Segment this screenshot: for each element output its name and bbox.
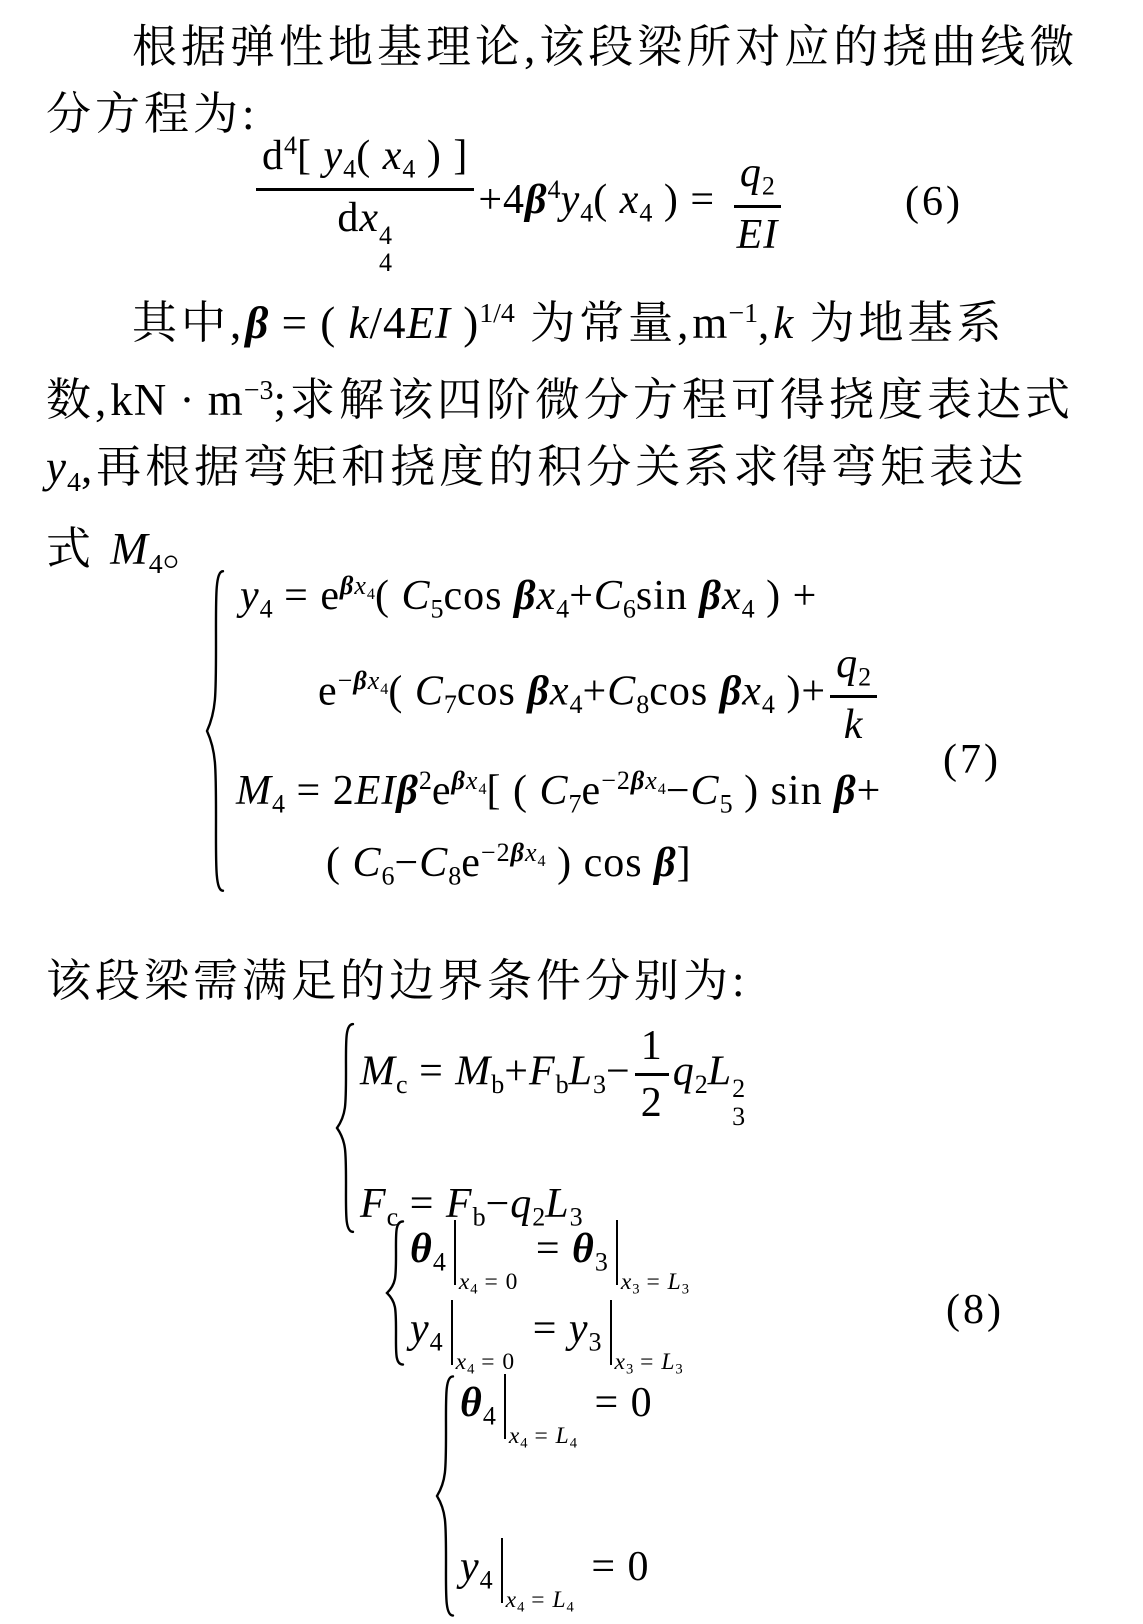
equation-7-line-4: ( C6−C8e−2βx4 ) cos β] (326, 835, 881, 894)
equation-8-group-3: θ4x4 = L4 = 0 y4x4 = L4 = 0 (432, 1374, 653, 1618)
paragraph-beta-line-1: 其中,β = ( k/4EI )1/4 为常量,m−1,k 为地基系 (46, 280, 1074, 357)
equation-6: d4[ y4( x4 ) ]dx44+4β4y4( x4 ) = q2EI (252, 140, 788, 268)
equation-8-theta-end-line: θ4x4 = L4 = 0 (460, 1374, 653, 1454)
equation-7: y4 = eβx4( C5cos βx4+C6sin βx4 ) + e−βx4… (202, 568, 881, 894)
equation-8-group-1: Mc = Mb+FbL3−12q2L23 Fc = Fb−q2L3 (332, 1022, 746, 1234)
equation-7-line-1: y4 = eβx4( C5cos βx4+C6sin βx4 ) + (240, 568, 881, 627)
equation-6-body: d4[ y4( x4 ) ]dx44+4β4y4( x4 ) = q2EI (252, 131, 788, 276)
paragraph-boundary-line-1: 该段梁需满足的边界条件分别为: (46, 948, 749, 1015)
equation-8-group-1-lines: Mc = Mb+FbL3−12q2L23 Fc = Fb−q2L3 (360, 1022, 746, 1234)
equation-7-line-2: e−βx4( C7cos βx4+C8cos βx4 )+q2k (318, 640, 881, 750)
left-brace-icon (382, 1220, 406, 1366)
equation-8-theta-continuity-line: θ4x4 = 0 = θ3x3 = L3 (410, 1220, 695, 1300)
paragraph-beta-line-3: y4,再根据弯矩和挠度的积分关系求得弯矩表达 (46, 434, 1074, 516)
paragraph-intro-line-1: 根据弹性地基理论,该段梁所对应的挠曲线微 (46, 14, 1078, 81)
paper-page: 根据弹性地基理论,该段梁所对应的挠曲线微 分方程为: d4[ y4( x4 ) … (0, 0, 1143, 1624)
equation-8-group-2-lines: θ4x4 = 0 = θ3x3 = L3 y4x4 = 0 = y3x3 = L… (410, 1220, 695, 1366)
paragraph-boundary-conditions: 该段梁需满足的边界条件分别为: (46, 948, 749, 1015)
paragraph-beta-line-2: 数,kN · m−3;求解该四阶微分方程可得挠度表达式 (46, 357, 1074, 434)
equation-8-label: (8) (946, 1286, 1004, 1334)
equation-6-label: (6) (905, 178, 963, 226)
paragraph-beta-definition: 其中,β = ( k/4EI )1/4 为常量,m−1,k 为地基系 数,kN … (46, 280, 1074, 598)
equation-8-moment-line: Mc = Mb+FbL3−12q2L23 (360, 1022, 746, 1130)
equation-8-deflection-end-line: y4x4 = L4 = 0 (460, 1538, 653, 1618)
paragraph-intro: 根据弹性地基理论,该段梁所对应的挠曲线微 分方程为: (46, 14, 1078, 148)
left-brace-icon (432, 1374, 456, 1618)
equation-7-lines: y4 = eβx4( C5cos βx4+C6sin βx4 ) + e−βx4… (230, 568, 881, 894)
equation-8-group-3-lines: θ4x4 = L4 = 0 y4x4 = L4 = 0 (460, 1374, 653, 1618)
left-brace-icon (332, 1022, 356, 1234)
equation-7-label: (7) (943, 736, 1001, 784)
equation-8-group-2: θ4x4 = 0 = θ3x3 = L3 y4x4 = 0 = y3x3 = L… (382, 1220, 695, 1366)
equation-8-deflection-continuity-line: y4x4 = 0 = y3x3 = L3 (410, 1300, 695, 1380)
equation-7-line-3: M4 = 2EIβ2eβx4[ ( C7e−2βx4−C5 ) sin β+ (236, 763, 881, 822)
left-brace-icon (202, 568, 226, 894)
